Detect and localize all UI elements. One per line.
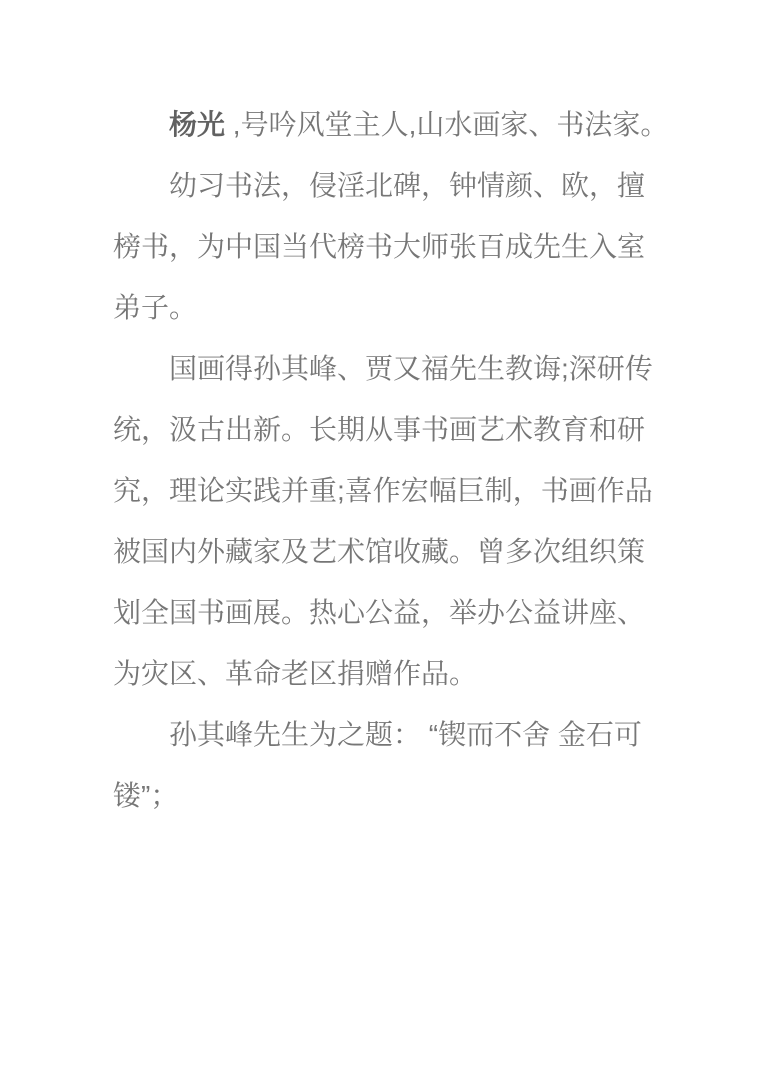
author-name: 杨光 [169, 109, 225, 140]
intro-text: ,号吟风堂主人,山水画家、书法家。 [225, 109, 668, 140]
document-page: 杨光 ,号吟风堂主人,山水画家、书法家。 幼习书法，侵淫北碑，钟情颜、欧，擅榜书… [113, 94, 669, 826]
painting-paragraph: 国画得孙其峰、贾又福先生教诲;深研传统，汲古出新。长期从事书画艺术教育和研究，理… [113, 338, 669, 704]
intro-paragraph: 杨光 ,号吟风堂主人,山水画家、书法家。 [113, 94, 669, 155]
calligraphy-paragraph: 幼习书法，侵淫北碑，钟情颜、欧，擅榜书，为中国当代榜书大师张百成先生入室弟子。 [113, 155, 669, 338]
document-background: { "page": { "background_color": "#ffffff… [0, 0, 763, 1080]
inscription-paragraph: 孙其峰先生为之题： “锲而不舍 金石可镂”； [113, 704, 669, 826]
